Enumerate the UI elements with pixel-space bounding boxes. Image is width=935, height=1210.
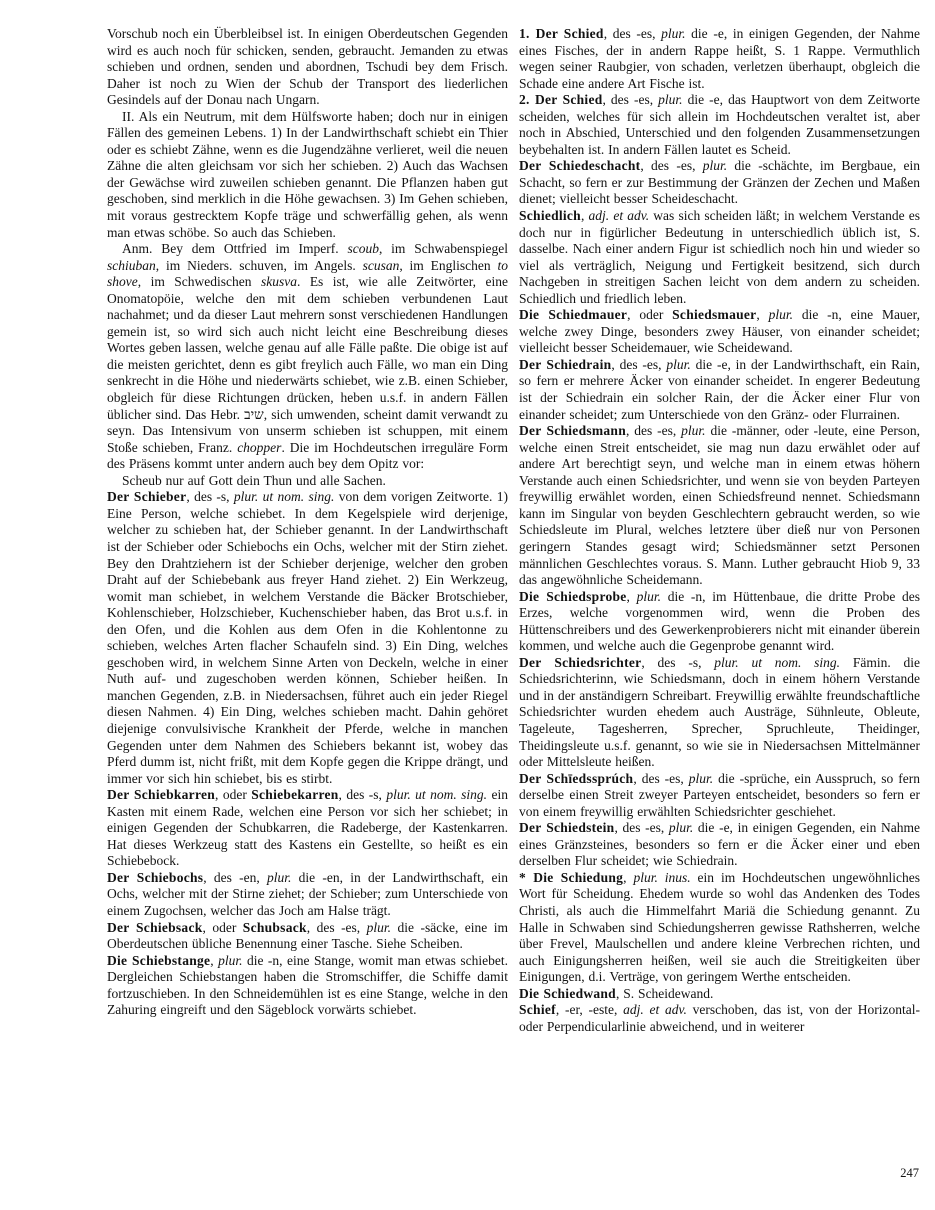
dictionary-entry: Die Schiedsprobe, plur. die -n, im Hütte… (519, 589, 920, 655)
dictionary-entry: Schief, -er, -este, adj. et adv. verscho… (519, 1002, 920, 1035)
grammar-abbrev-text: chopper (237, 440, 281, 455)
dictionary-entry: Der Schīedssprúch, des -es, plur. die -s… (519, 771, 920, 821)
grammar-abbrev-text: schiuban (107, 258, 156, 273)
body-text: II. Als ein Neutrum, mit dem Hülfsworte … (107, 109, 508, 240)
dictionary-entry: Die Schiedwand, S. Scheidewand. (519, 986, 920, 1003)
dictionary-entry: * Die Schiedung, plur. inus. ein im Hoch… (519, 870, 920, 986)
dictionary-entry: Der Schiebsack, oder Schubsack, des -es,… (107, 920, 508, 953)
grammar-abbrev-text: plur. (637, 589, 661, 604)
dictionary-entry: 1. Der Schied, des -es, plur. die -e, in… (519, 26, 920, 92)
headword-text: Die Schiedmauer (519, 307, 627, 322)
grammar-abbrev-text: plur. (703, 158, 727, 173)
grammar-abbrev-text: scoub (347, 241, 379, 256)
dictionary-entry: Der Schiedrain, des -es, plur. die -e, i… (519, 357, 920, 423)
grammar-abbrev-text: plur. (666, 357, 690, 372)
body-text: , (623, 870, 633, 885)
headword-text: Der Schiedrain (519, 357, 611, 372)
body-text: ein im Hochdeutschen ungewöhnliches Wort… (519, 870, 920, 984)
headword-text: Der Schiedstein (519, 820, 614, 835)
grammar-abbrev-text: plur. (661, 26, 685, 41)
body-text: , -er, -este, (556, 1002, 623, 1017)
body-text: , oder (627, 307, 672, 322)
headword-text: Schiebekarren (251, 787, 338, 802)
body-text: , des -es, (626, 423, 681, 438)
headword-text: Der Schiedsrichter (519, 655, 641, 670)
body-text: , des -es, (611, 357, 666, 372)
body-text: , des -s, (641, 655, 714, 670)
grammar-abbrev-text: plur. (267, 870, 291, 885)
body-text: , im Schwedischen (138, 274, 261, 289)
text-paragraph: II. Als ein Neutrum, mit dem Hülfsworte … (107, 109, 508, 241)
headword-text: Der Schiebkarren (107, 787, 215, 802)
dictionary-entry: Der Schiedstein, des -es, plur. die -e, … (519, 820, 920, 870)
headword-text: Schiedsmauer (672, 307, 756, 322)
grammar-abbrev-text: adj. et adv. (589, 208, 650, 223)
dictionary-entry: Der Schiedsrichter, des -s, plur. ut nom… (519, 655, 920, 771)
headword-text: Der Schīedssprúch (519, 771, 633, 786)
body-text: , im Englischen (399, 258, 497, 273)
grammar-abbrev-text: plur. (769, 307, 793, 322)
headword-text: * Die Schiedung (519, 870, 623, 885)
headword-text: Der Schiedsmann (519, 423, 626, 438)
grammar-abbrev-text: plur. (669, 820, 693, 835)
dictionary-entry: Schiedlich, adj. et adv. was sich scheid… (519, 208, 920, 307)
dictionary-entry: Der Schiedeschacht, des -es, plur. die -… (519, 158, 920, 208)
headword-text: Schubsack (243, 920, 307, 935)
grammar-abbrev-text: adj. et adv. (623, 1002, 687, 1017)
dictionary-entry: 2. Der Schied, des -es, plur. die -e, da… (519, 92, 920, 158)
dictionary-entry: Der Schiebkarren, oder Schiebekarren, de… (107, 787, 508, 870)
text-columns: Vorschub noch ein Überbleibsel ist. In e… (107, 26, 935, 1035)
right-column: 1. Der Schied, des -es, plur. die -e, in… (519, 26, 920, 1035)
body-text: , des -s, (186, 489, 234, 504)
dictionary-entry: Der Schieber, des -s, plur. ut nom. sing… (107, 489, 508, 787)
grammar-abbrev-text: plur. (218, 953, 242, 968)
body-text: , (627, 589, 637, 604)
dictionary-entry: Die Schiedmauer, oder Schiedsmauer, plur… (519, 307, 920, 357)
headword-text: Die Schiebstange (107, 953, 210, 968)
body-text: Anm. Bey dem Ottfried im Imperf. (122, 241, 347, 256)
headword-text: Der Schiebsack (107, 920, 203, 935)
body-text: die -männer, oder -leute, eine Person, w… (519, 423, 920, 587)
dictionary-entry: Der Schiebochs, des -en, plur. die -en, … (107, 870, 508, 920)
dictionary-entry: Der Schiedsmann, des -es, plur. die -män… (519, 423, 920, 588)
body-text: , des -es, (604, 26, 661, 41)
body-text: , (756, 307, 768, 322)
verse-line: Scheub nur auf Gott dein Thun und alle S… (107, 473, 508, 490)
text-paragraph: Anm. Bey dem Ottfried im Imperf. scoub, … (107, 241, 508, 473)
left-column: Vorschub noch ein Überbleibsel ist. In e… (107, 26, 508, 1035)
body-text: , (210, 953, 218, 968)
grammar-abbrev-text: plur. (367, 920, 391, 935)
grammar-abbrev-text: plur. (689, 771, 713, 786)
body-text: , des -s, (339, 787, 387, 802)
body-text: , des -es, (307, 920, 367, 935)
body-text: , oder (203, 920, 243, 935)
text-paragraph: Vorschub noch ein Überbleibsel ist. In e… (107, 26, 508, 109)
grammar-abbrev-text: plur. ut nom. sing. (234, 489, 334, 504)
grammar-abbrev-text: plur. ut nom. sing. (714, 655, 840, 670)
grammar-abbrev-text: plur. ut nom. sing. (386, 787, 487, 802)
dictionary-page: Vorschub noch ein Überbleibsel ist. In e… (0, 0, 935, 1210)
headword-text: Der Schiebochs (107, 870, 203, 885)
grammar-abbrev-text: skusva (261, 274, 297, 289)
body-text: von dem vorigen Zeitworte. 1) Eine Perso… (107, 489, 508, 785)
body-text: , im Schwabenspiegel (379, 241, 508, 256)
headword-text: Der Schiedeschacht (519, 158, 640, 173)
headword-text: 2. Der Schied (519, 92, 603, 107)
body-text: Scheub nur auf Gott dein Thun und alle S… (122, 473, 386, 488)
body-text: , des -es, (603, 92, 659, 107)
body-text: , im Nieders. schuven, im Angels. (156, 258, 363, 273)
body-text: , S. Scheidewand. (616, 986, 713, 1001)
headword-text: Schiedlich (519, 208, 581, 223)
body-text: Fämin. die Schiedsrichterinn, wie Schied… (519, 655, 920, 769)
page-number: 247 (900, 1166, 919, 1180)
body-text: , des -es, (633, 771, 688, 786)
body-text: , des -es, (614, 820, 668, 835)
body-text: , des -en, (203, 870, 267, 885)
dictionary-entry: Die Schiebstange, plur. die -n, eine Sta… (107, 953, 508, 1019)
body-text: Vorschub noch ein Überbleibsel ist. In e… (107, 26, 508, 107)
headword-text: Die Schiedwand (519, 986, 616, 1001)
headword-text: 1. Der Schied (519, 26, 604, 41)
grammar-abbrev-text: plur. (681, 423, 705, 438)
headword-text: Schief (519, 1002, 556, 1017)
body-text: , des -es, (640, 158, 702, 173)
grammar-abbrev-text: plur. (658, 92, 682, 107)
body-text: , oder (215, 787, 251, 802)
grammar-abbrev-text: plur. inus. (633, 870, 690, 885)
body-text: . Es ist, wie alle Zeitwörter, eine Onom… (107, 274, 508, 454)
body-text: , (581, 208, 589, 223)
headword-text: Die Schiedsprobe (519, 589, 627, 604)
grammar-abbrev-text: scusan (363, 258, 400, 273)
headword-text: Der Schieber (107, 489, 186, 504)
